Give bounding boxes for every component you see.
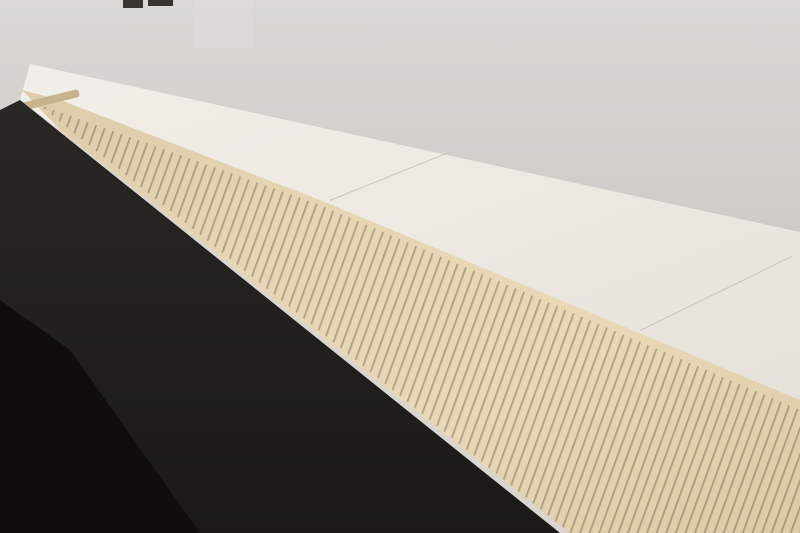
wall-placard: [193, 0, 253, 48]
wall-mount-right: [148, 0, 173, 6]
wall-mount-left: [123, 0, 143, 8]
museum-photo: [0, 0, 800, 533]
